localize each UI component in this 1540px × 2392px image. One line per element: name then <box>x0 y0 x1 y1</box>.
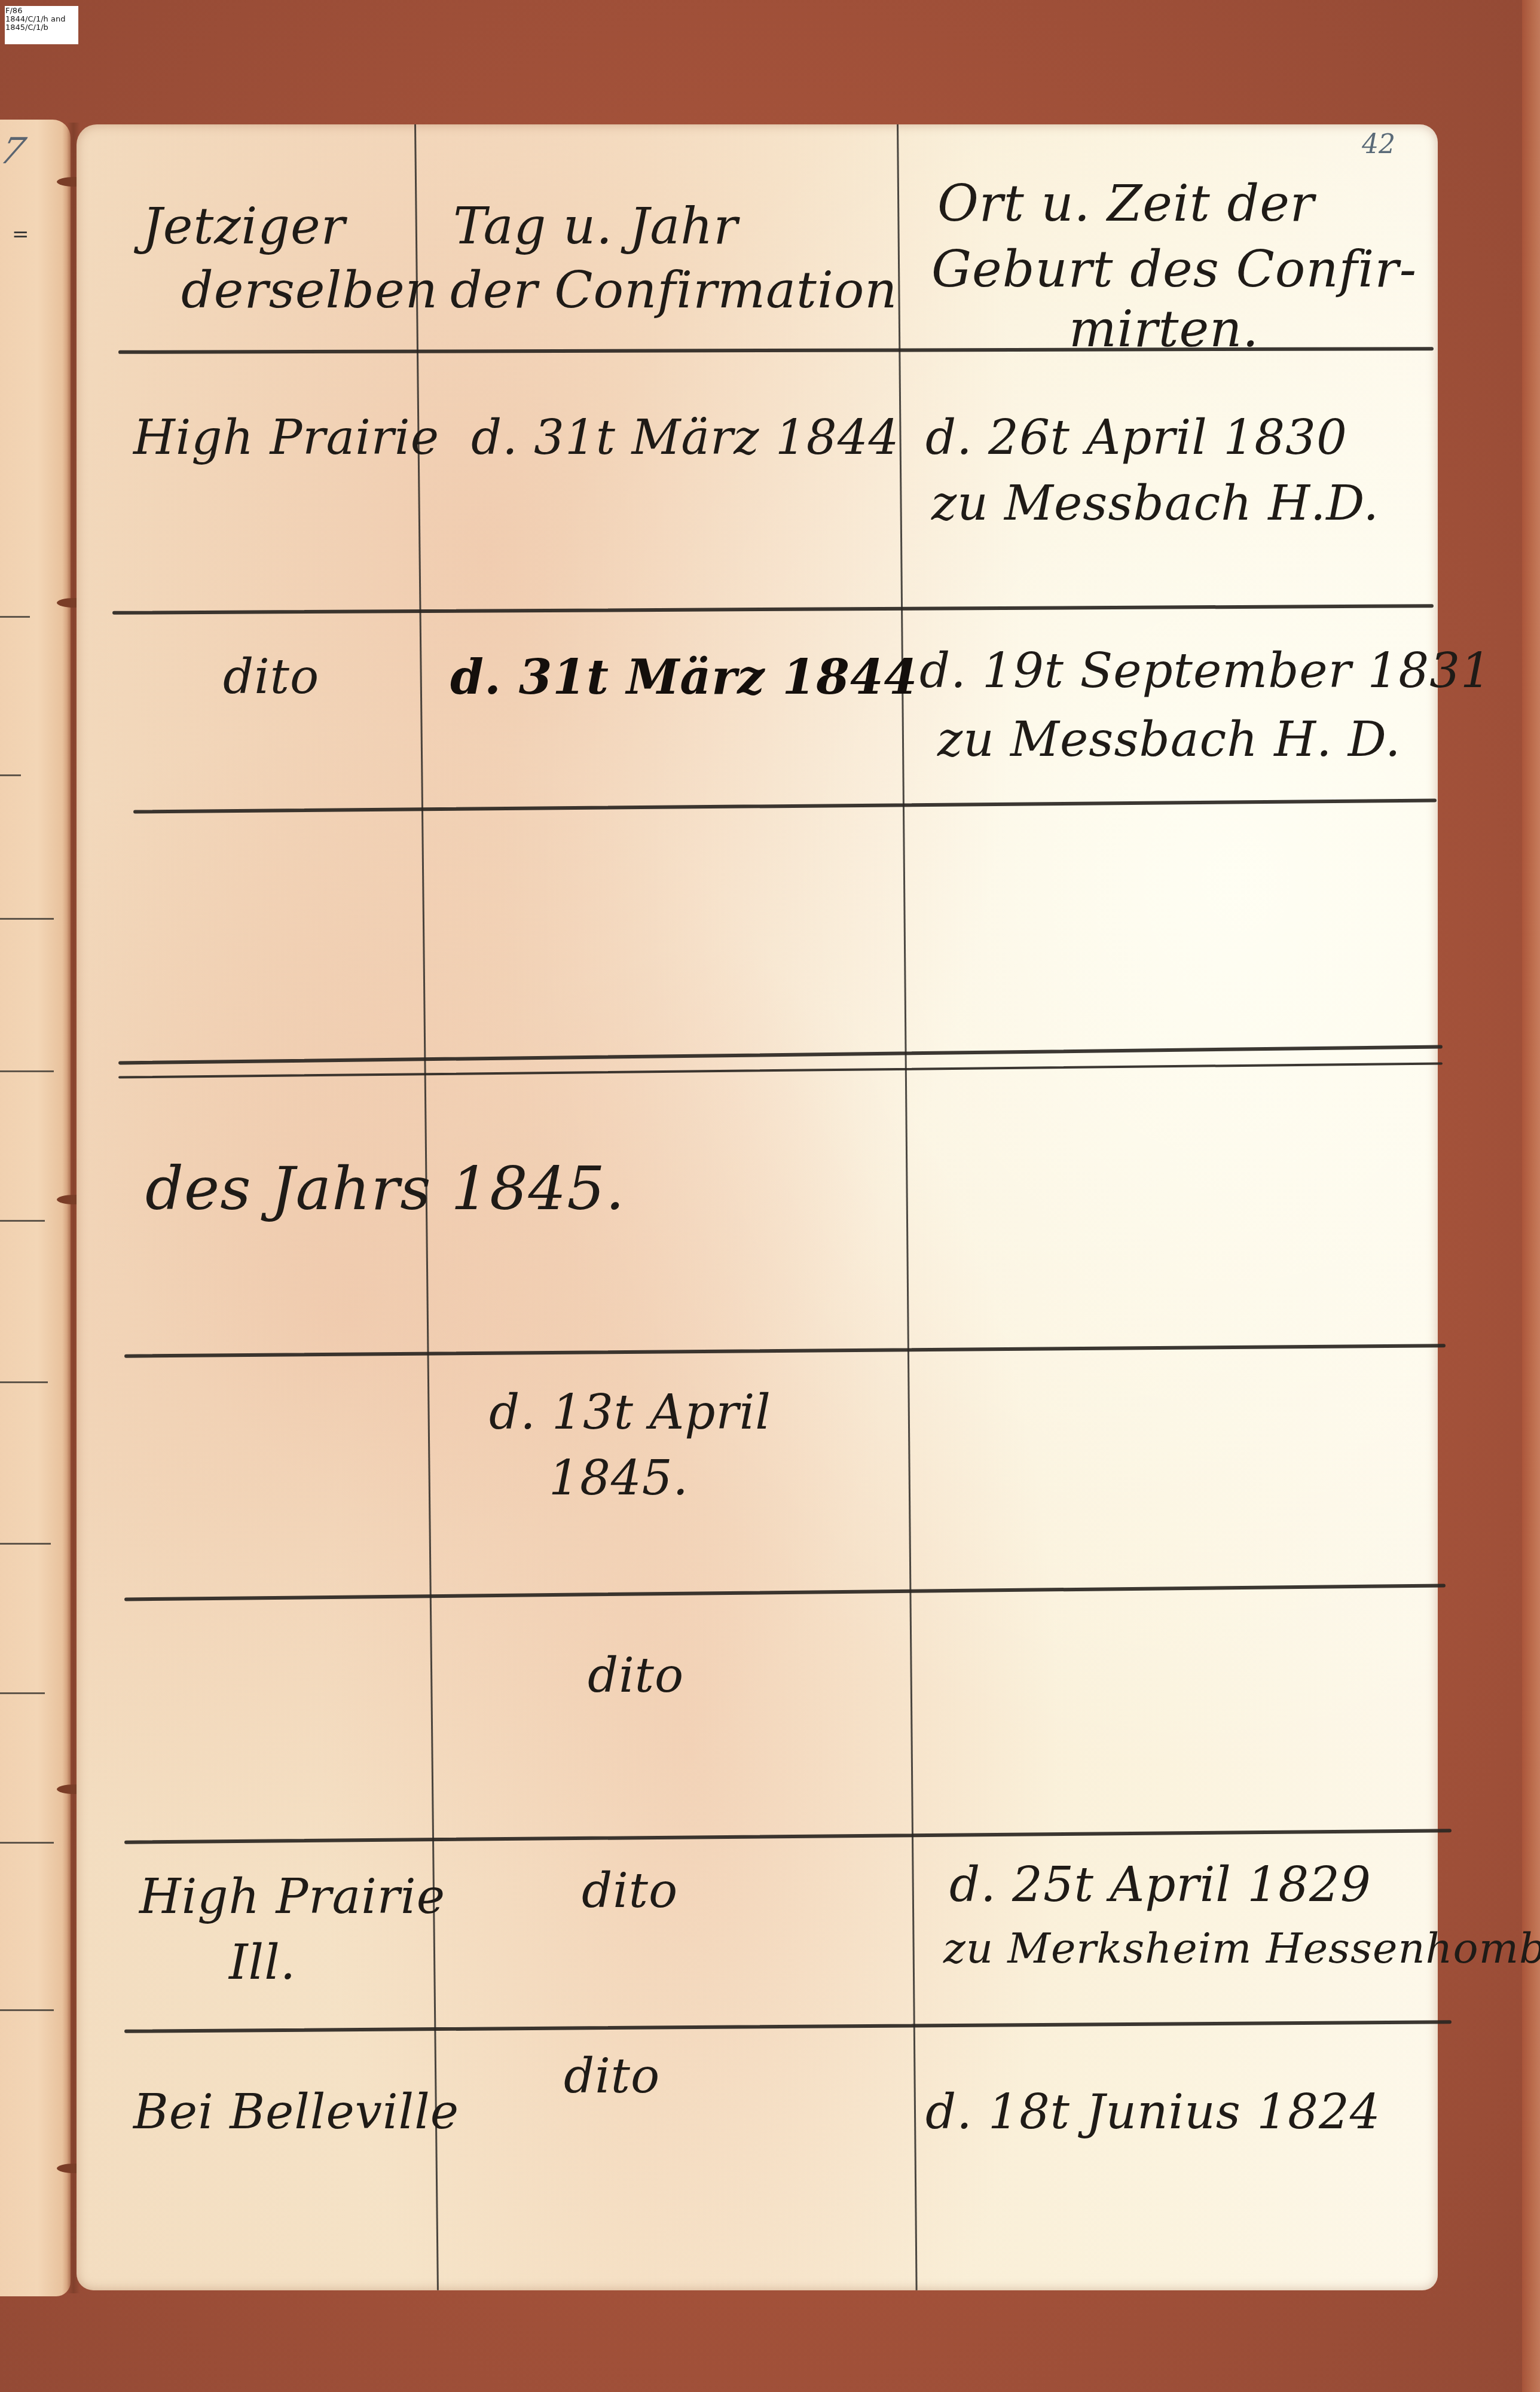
archive-reference-label: F/86 1844/C/1/h and 1845/C/1/b <box>5 6 78 44</box>
row1845-4-confirmation-date: dito <box>564 2044 660 2109</box>
header-col2-line1: Tag u. Jahr <box>453 195 738 257</box>
previous-page-rule <box>0 1842 54 1844</box>
archive-ref-line-2: 1844/C/1/h and <box>5 16 78 24</box>
previous-page-rule <box>0 2009 54 2011</box>
row2-residence: dito <box>223 645 319 709</box>
row1845-3-residence-line1: High Prairie <box>139 1865 445 1929</box>
previous-page-edge: 7 = <box>0 120 71 2296</box>
row1845-3-birth-place: zu Merksheim Hessenhomb. <box>943 1918 1540 1978</box>
row-rule <box>112 604 1434 615</box>
previous-page-rule <box>0 1220 45 1222</box>
archive-ref-line-1: F/86 <box>5 7 78 16</box>
row2-birth-place: zu Messbach H. D. <box>937 707 1401 772</box>
row2-birth-date: d. 19t September 1831 <box>919 639 1492 703</box>
row-rule <box>124 1344 1446 1357</box>
row1845-2-confirmation-date: dito <box>588 1643 684 1708</box>
row1845-3-residence-line2: Ill. <box>229 1930 296 1995</box>
previous-page-rule <box>0 1070 54 1072</box>
row1845-4-birth-date: d. 18t Junius 1824 <box>925 2080 1381 2144</box>
previous-page-rule <box>0 774 21 776</box>
header-col3-line3: mirten. <box>1069 298 1259 360</box>
previous-page-number-fragment: 7 <box>0 130 30 172</box>
row-rule-double-bottom <box>118 1062 1443 1078</box>
row1845-1-confirmation-line1: d. 13t April <box>489 1380 771 1445</box>
previous-page-rule <box>0 918 54 920</box>
header-col3-line1: Ort u. Zeit der <box>937 172 1315 234</box>
previous-page-rule <box>0 616 30 618</box>
row1-birth-date: d. 26t April 1830 <box>925 405 1347 470</box>
header-col1-line2: derselben <box>181 259 438 321</box>
page-number: 42 <box>1362 129 1395 160</box>
row1845-1-confirmation-line2: 1845. <box>549 1446 689 1511</box>
column-divider-2 <box>897 124 918 2290</box>
previous-page-rule <box>0 1381 48 1383</box>
row1-birth-place: zu Messbach H.D. <box>931 471 1379 536</box>
row1845-3-birth-date: d. 25t April 1829 <box>949 1853 1371 1917</box>
header-col1-line1: Jetziger <box>142 195 346 257</box>
row1-confirmation-date: d. 31t März 1844 <box>471 405 899 470</box>
row1845-4-residence: Bei Belleville <box>133 2080 459 2144</box>
row2-confirmation-date: d. 31t März 1844 <box>450 645 918 709</box>
header-col2-line2: der Confirmation <box>450 259 897 321</box>
row-rule <box>124 1584 1446 1601</box>
background-edge-band <box>1522 0 1540 2392</box>
register-page: 42 Jetziger derselben Tag u. Jahr der Co… <box>77 124 1438 2290</box>
row-rule <box>133 798 1437 813</box>
header-col3-line2: Geburt des Confir- <box>931 238 1417 300</box>
row-rule <box>124 2020 1452 2033</box>
previous-page-rule <box>0 1692 45 1694</box>
section-heading-1845: des Jahrs 1845. <box>145 1153 625 1225</box>
row-rule <box>124 1829 1452 1844</box>
archive-ref-line-3: 1845/C/1/b <box>5 24 78 32</box>
previous-page-mark: = <box>12 222 29 246</box>
previous-page-rule <box>0 1543 51 1545</box>
row1845-3-confirmation-date: dito <box>582 1859 678 1923</box>
row-rule-double-top <box>118 1045 1443 1064</box>
row1-residence: High Prairie <box>133 405 439 470</box>
